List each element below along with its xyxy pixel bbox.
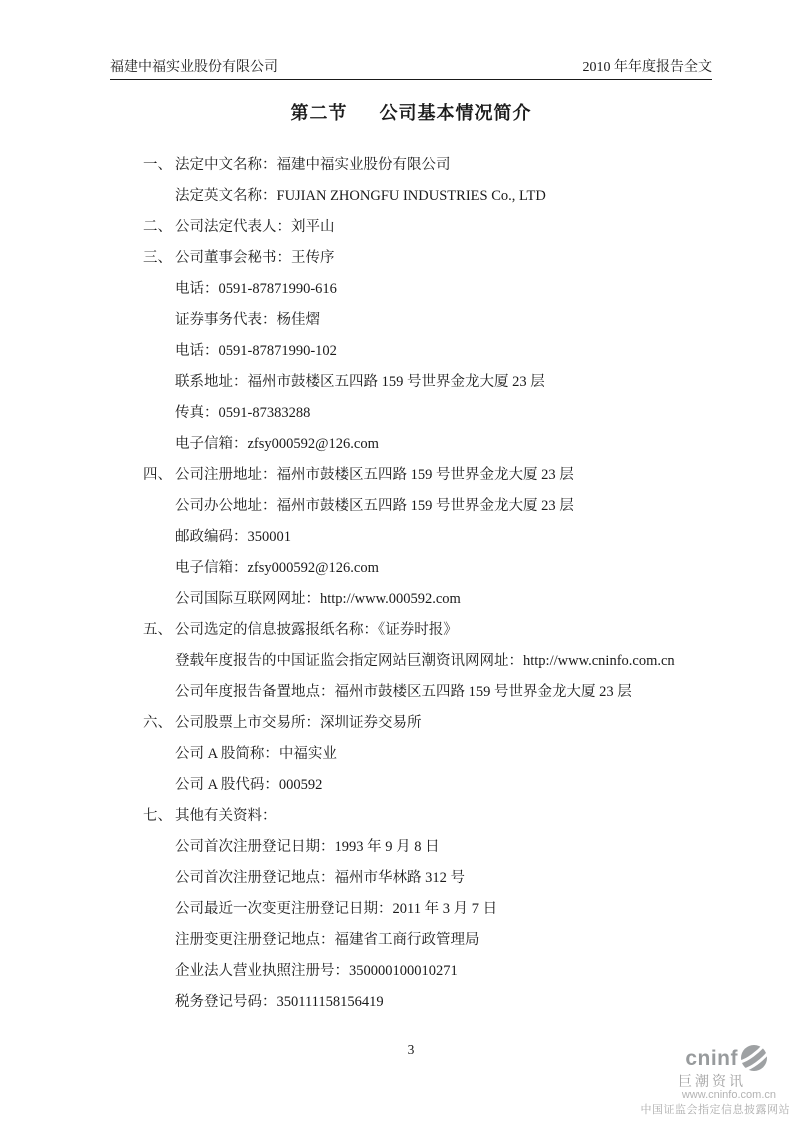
doc-line: 法定英文名称：FUJIAN ZHONGFU INDUSTRIES Co., LT…: [0, 181, 793, 212]
doc-line: 传真：0591-87383288: [0, 398, 793, 429]
line-text: 注册变更注册登记地点：福建省工商行政管理局: [175, 932, 480, 948]
line-text: 电子信箱：zfsy000592@126.com: [175, 436, 379, 452]
section-title-text: 公司基本情况简介: [380, 103, 532, 123]
line-text: 电子信箱：zfsy000592@126.com: [175, 560, 379, 576]
line-text: 税务登记号码：350111158156419: [175, 994, 384, 1010]
line-text: 公司选定的信息披露报纸名称：《证券时报》: [175, 622, 458, 638]
doc-line: 公司年度报告备置地点：福州市鼓楼区五四路 159 号世界金龙大厦 23 层: [0, 677, 793, 708]
page-header: 福建中福实业股份有限公司 2010 年年度报告全文: [110, 55, 712, 80]
line-text: 其他有关资料：: [175, 808, 277, 824]
line-text: 公司国际互联网网址：http://www.000592.com: [175, 591, 461, 607]
line-text: 传真：0591-87383288: [175, 405, 310, 421]
doc-line: 四、公司注册地址：福州市鼓楼区五四路 159 号世界金龙大厦 23 层: [0, 460, 793, 491]
doc-line: 电话：0591-87871990-102: [0, 336, 793, 367]
doc-line: 邮政编码：350001: [0, 522, 793, 553]
line-text: 证券事务代表：杨佳熠: [175, 312, 320, 328]
doc-line: 证券事务代表：杨佳熠: [0, 305, 793, 336]
line-text: 公司注册地址：福州市鼓楼区五四路 159 号世界金龙大厦 23 层: [175, 467, 574, 483]
line-number-label: 三、: [143, 243, 172, 274]
doc-line: 七、其他有关资料：: [0, 801, 793, 832]
line-text: 电话：0591-87871990-616: [175, 281, 337, 297]
header-report-title: 2010 年年度报告全文: [583, 56, 713, 76]
line-text: 登载年度报告的中国证监会指定网站巨潮资讯网网址：http://www.cninf…: [175, 653, 675, 669]
line-text: 公司首次注册登记地点：福州市华林路 312 号: [175, 870, 465, 886]
doc-line: 一、法定中文名称：福建中福实业股份有限公司: [0, 150, 793, 181]
line-text: 法定中文名称：福建中福实业股份有限公司: [175, 157, 451, 173]
line-text: 公司股票上市交易所：深圳证券交易所: [175, 715, 422, 731]
line-text: 法定英文名称：FUJIAN ZHONGFU INDUSTRIES Co., LT…: [175, 188, 546, 204]
doc-line: 电子信箱：zfsy000592@126.com: [0, 553, 793, 584]
doc-line: 五、公司选定的信息披露报纸名称：《证券时报》: [0, 615, 793, 646]
doc-line: 电子信箱：zfsy000592@126.com: [0, 429, 793, 460]
doc-line: 公司办公地址：福州市鼓楼区五四路 159 号世界金龙大厦 23 层: [0, 491, 793, 522]
line-text: 联系地址：福州市鼓楼区五四路 159 号世界金龙大厦 23 层: [175, 374, 545, 390]
line-text: 公司首次注册登记日期：1993 年 9 月 8 日: [175, 839, 440, 855]
cninfo-url: www.cninfo.com.cn: [682, 1089, 776, 1101]
line-text: 公司董事会秘书：王传序: [175, 250, 335, 266]
cninfo-tagline: 中国证监会指定信息披露网站: [641, 1101, 791, 1117]
line-text: 电话：0591-87871990-102: [175, 343, 337, 359]
doc-line: 电话：0591-87871990-616: [0, 274, 793, 305]
document-page: 福建中福实业股份有限公司 2010 年年度报告全文 第二节公司基本情况简介 一、…: [0, 0, 793, 1122]
doc-line: 公司首次注册登记地点：福州市华林路 312 号: [0, 863, 793, 894]
doc-line: 企业法人营业执照注册号：350000100010271: [0, 956, 793, 987]
line-text: 公司办公地址：福州市鼓楼区五四路 159 号世界金龙大厦 23 层: [175, 498, 574, 514]
header-company-name: 福建中福实业股份有限公司: [110, 56, 278, 76]
doc-line: 公司国际互联网网址：http://www.000592.com: [0, 584, 793, 615]
line-text: 公司法定代表人：刘平山: [175, 219, 335, 235]
section-title: 第二节公司基本情况简介: [110, 99, 712, 125]
doc-line: 公司 A 股简称：中福实业: [0, 739, 793, 770]
doc-line: 税务登记号码：350111158156419: [0, 987, 793, 1018]
line-text: 邮政编码：350001: [175, 529, 291, 545]
cninfo-logo-text: cninf: [685, 1045, 738, 1073]
doc-line: 二、公司法定代表人：刘平山: [0, 212, 793, 243]
line-number-label: 六、: [143, 708, 172, 739]
line-text: 公司 A 股代码：000592: [175, 777, 322, 793]
doc-line: 联系地址：福州市鼓楼区五四路 159 号世界金龙大厦 23 层: [0, 367, 793, 398]
doc-line: 公司 A 股代码：000592: [0, 770, 793, 801]
line-text: 企业法人营业执照注册号：350000100010271: [175, 963, 458, 979]
line-text: 公司年度报告备置地点：福州市鼓楼区五四路 159 号世界金龙大厦 23 层: [175, 684, 632, 700]
cninfo-logo-row: cninf: [685, 1045, 769, 1073]
doc-line: 公司首次注册登记日期：1993 年 9 月 8 日: [0, 832, 793, 863]
line-number-label: 一、: [143, 150, 172, 181]
line-number-label: 二、: [143, 212, 172, 243]
line-number-label: 五、: [143, 615, 172, 646]
cninfo-swirl-icon: [739, 1043, 769, 1073]
doc-line: 公司最近一次变更注册登记日期：2011 年 3 月 7 日: [0, 894, 793, 925]
line-text: 公司 A 股简称：中福实业: [175, 746, 337, 762]
section-title-number: 第二节: [291, 103, 348, 123]
line-number-label: 四、: [143, 460, 172, 491]
document-body: 一、法定中文名称：福建中福实业股份有限公司法定英文名称：FUJIAN ZHONG…: [0, 150, 793, 1018]
cninfo-brand-name-cn: 巨潮资讯: [678, 1071, 746, 1091]
line-text: 公司最近一次变更注册登记日期：2011 年 3 月 7 日: [175, 901, 497, 917]
line-number-label: 七、: [143, 801, 172, 832]
doc-line: 六、公司股票上市交易所：深圳证券交易所: [0, 708, 793, 739]
cninfo-brand-block: cninf 巨潮资讯 www.cninfo.com.cn 中国证监会指定信息披露…: [613, 1045, 793, 1120]
doc-line: 三、公司董事会秘书：王传序: [0, 243, 793, 274]
doc-line: 登载年度报告的中国证监会指定网站巨潮资讯网网址：http://www.cninf…: [0, 646, 793, 677]
doc-line: 注册变更注册登记地点：福建省工商行政管理局: [0, 925, 793, 956]
